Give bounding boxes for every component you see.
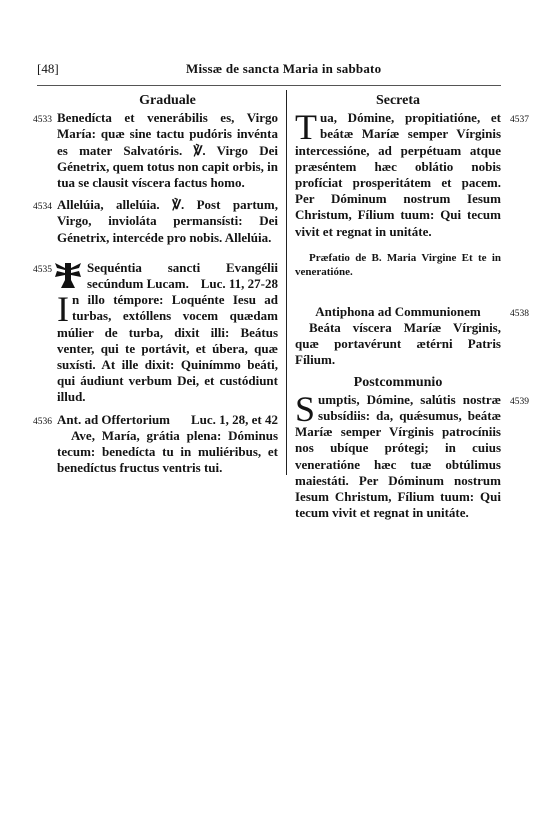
- offertory-title: Ant. ad Offertorium: [57, 412, 170, 427]
- margin-number: 4538: [510, 306, 529, 322]
- postcommunion-heading: Postcommunio: [295, 375, 501, 391]
- margin-number: 4535: [33, 262, 52, 278]
- left-column: Graduale 4533 Benedícta et venerábilis e…: [57, 93, 278, 476]
- dropcap: I: [57, 294, 69, 324]
- secreta-body: ua, Dómine, propitiatióne, et beátæ Marí…: [295, 110, 501, 238]
- right-column: Secreta 4537 T ua, Dómine, propitiatióne…: [295, 93, 501, 521]
- offertory-text: Ave, María, grátia plena: Dóminus tecum:…: [57, 428, 278, 477]
- cross-pattee-icon: [53, 260, 83, 290]
- graduale-heading: Graduale: [57, 93, 278, 109]
- graduale-body: Benedícta et venerábilis es, Virgo María…: [57, 110, 278, 190]
- gospel-body: n illo témpore: Loquénte Iesu ad turbas,…: [57, 292, 278, 404]
- gospel-reference: Luc. 11, 27-28: [201, 276, 278, 292]
- margin-number: 4534: [33, 199, 52, 215]
- alleluia-text: 4534 Allelúia, allelúia. ℣. Post partum,…: [57, 197, 278, 246]
- communion-title: Antiphona ad Communionem: [315, 304, 480, 319]
- dropcap: T: [295, 112, 317, 142]
- margin-number: 4533: [33, 112, 52, 128]
- graduale-text: 4533 Benedícta et venerábilis es, Virgo …: [57, 110, 278, 191]
- margin-number: 4537: [510, 112, 529, 128]
- margin-number: 4539: [510, 394, 529, 410]
- column-divider: [286, 90, 287, 475]
- page-number: [48]: [37, 61, 59, 77]
- communion-text: Beáta víscera Maríæ Vírginis, quæ portav…: [295, 320, 501, 369]
- praefatio-note: Præfatio de B. Maria Virgine Et te in ve…: [295, 251, 501, 279]
- postcommunion-body: umptis, Dómine, salútis nostræ subsídiis…: [295, 392, 501, 520]
- dropcap: S: [295, 394, 315, 424]
- offertory-heading: 4536 Ant. ad Offertorium Luc. 1, 28, et …: [57, 412, 278, 428]
- communion-heading: Antiphona ad Communionem 4538: [295, 304, 501, 320]
- margin-number: 4536: [33, 414, 52, 430]
- running-title: Missæ de sancta Maria in sabbato: [186, 61, 381, 77]
- gospel-text: I n illo témpore: Loquénte Iesu ad turba…: [57, 292, 278, 405]
- header-rule: [37, 85, 501, 86]
- postcommunion-text: 4539 S umptis, Dómine, salútis nostræ su…: [295, 392, 501, 522]
- secreta-text: 4537 T ua, Dómine, propitiatióne, et beá…: [295, 110, 501, 240]
- secreta-heading: Secreta: [295, 93, 501, 109]
- offertory-reference: Luc. 1, 28, et 42: [191, 412, 278, 428]
- gospel-intro: 4535 Sequéntia sancti Evangélii secúndum…: [57, 260, 278, 292]
- alleluia-body: Allelúia, allelúia. ℣. Post partum, Virg…: [57, 197, 278, 244]
